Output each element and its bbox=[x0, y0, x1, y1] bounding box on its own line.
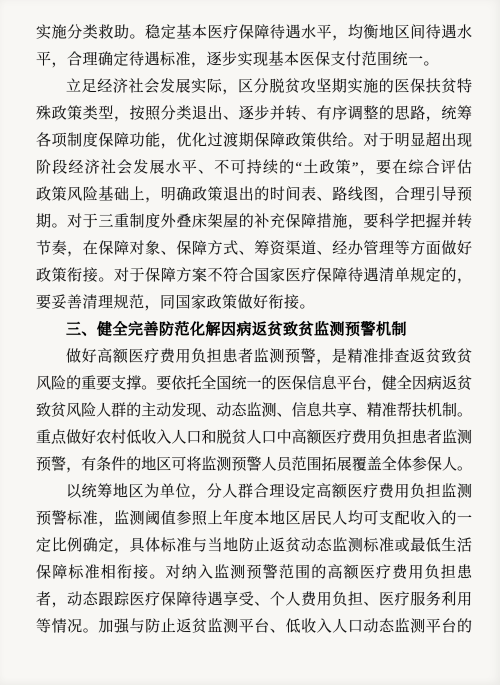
paragraph: 实施分类救助。稳定基本医疗保障待遇水平，均衡地区间待遇水 平，合理确定待遇标准，… bbox=[36, 20, 472, 74]
text-line: 节奏，在保障对象、保障方式、筹资渠道、经办管理等方面做好 bbox=[36, 236, 472, 263]
text-line: 期。对于三重制度外叠床架屋的补充保障措施，要科学把握并转 bbox=[36, 209, 472, 236]
text-line: 者，动态跟踪医疗保障待遇享受、个人费用负担、医疗服务利用 bbox=[36, 587, 472, 614]
text-line: 定比例确定，具体标准与当地防止返贫动态监测标准或最低生活 bbox=[36, 533, 472, 560]
text-line: 风险的重要支撑。要依托全国统一的医保信息平台，健全因病返贫 bbox=[36, 371, 472, 398]
text-line: 保障标准相衔接。对纳入监测预警范围的高额医疗费用负担患 bbox=[36, 560, 472, 587]
text-line: 平，合理确定待遇标准，逐步实现基本医保支付范围统一。 bbox=[36, 47, 472, 74]
section-heading-text: 三、健全完善防范化解因病返贫致贫监测预警机制 bbox=[36, 317, 472, 344]
text-line: 实施分类救助。稳定基本医疗保障待遇水平，均衡地区间待遇水 bbox=[36, 20, 472, 47]
paragraph: 做好高额医疗费用负担患者监测预警，是精准排查返贫致贫 风险的重要支撑。要依托全国… bbox=[36, 344, 472, 479]
text-line: 政策衔接。对于保障方案不符合国家医疗保障待遇清单规定的， bbox=[36, 263, 472, 290]
paragraph: 以统筹地区为单位，分人群合理设定高额医疗费用负担监测 预警标准，监测阈值参照上年… bbox=[36, 479, 472, 641]
text-line: 等情况。加强与防止返贫监测平台、低收入人口动态监测平台的 bbox=[36, 614, 472, 641]
section-heading: 三、健全完善防范化解因病返贫致贫监测预警机制 bbox=[36, 317, 472, 344]
text-line: 阶段经济社会发展水平、不可持续的“土政策”，要在综合评估 bbox=[36, 155, 472, 182]
text-line: 要妥善清理规范，同国家政策做好衔接。 bbox=[36, 290, 472, 317]
document-text-block: 实施分类救助。稳定基本医疗保障待遇水平，均衡地区间待遇水 平，合理确定待遇标准，… bbox=[36, 20, 472, 641]
text-line: 预警，有条件的地区可将监测预警人员范围拓展覆盖全体参保人。 bbox=[36, 452, 472, 479]
text-line: 致贫风险人群的主动发现、动态监测、信息共享、精准帮扶机制。 bbox=[36, 398, 472, 425]
text-line: 政策风险基础上，明确政策退出的时间表、路线图，合理引导预 bbox=[36, 182, 472, 209]
text-line: 重点做好农村低收入人口和脱贫人口中高额医疗费用负担患者监测 bbox=[36, 425, 472, 452]
document-page: 实施分类救助。稳定基本医疗保障待遇水平，均衡地区间待遇水 平，合理确定待遇标准，… bbox=[0, 0, 500, 685]
text-line: 预警标准，监测阈值参照上年度本地区居民人均可支配收入的一 bbox=[36, 506, 472, 533]
text-line: 立足经济社会发展实际，区分脱贫攻坚期实施的医保扶贫特 bbox=[36, 74, 472, 101]
text-line: 以统筹地区为单位，分人群合理设定高额医疗费用负担监测 bbox=[36, 479, 472, 506]
text-line: 各项制度保障功能，优化过渡期保障政策供给。对于明显超出现 bbox=[36, 128, 472, 155]
text-line: 殊政策类型，按照分类退出、逐步并转、有序调整的思路，统筹 bbox=[36, 101, 472, 128]
paragraph: 立足经济社会发展实际，区分脱贫攻坚期实施的医保扶贫特 殊政策类型，按照分类退出、… bbox=[36, 74, 472, 317]
text-line: 做好高额医疗费用负担患者监测预警，是精准排查返贫致贫 bbox=[36, 344, 472, 371]
